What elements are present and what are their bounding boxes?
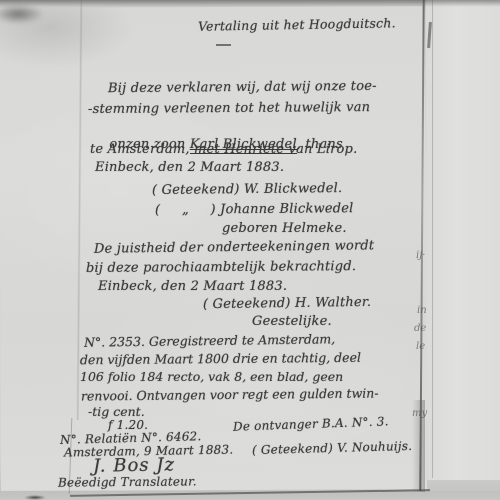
translator-title: Beëedigd Translateur. bbox=[58, 474, 197, 489]
signature-line: geboren Helmeke. bbox=[222, 221, 347, 236]
margin-fragment: in bbox=[417, 305, 427, 316]
signature-line: ( Geteekend) W. Blickwedel. bbox=[152, 181, 342, 198]
registration-line: -tig cent. bbox=[88, 404, 145, 419]
margin-fragment: ij· bbox=[416, 250, 425, 261]
bottom-left-smudge bbox=[24, 495, 46, 500]
title-underline-dash bbox=[216, 44, 231, 46]
signature-line: ( Geteekend) H. Walther. bbox=[203, 295, 371, 312]
registration-line: renvooi. Ontvangen voor regt een gulden … bbox=[81, 385, 379, 403]
signature-line: ( „ ) Johanne Blickwedel bbox=[155, 201, 354, 218]
translator-signature: J. Bos Jz bbox=[93, 454, 175, 476]
body-line: Bij deze verklaren wij, dat wij onze toe… bbox=[108, 79, 377, 96]
body-line: Einbeck, den 2 Maart 1883. bbox=[98, 279, 287, 294]
top-scan-edge bbox=[0, 0, 500, 7]
margin-fragment: le bbox=[416, 341, 425, 352]
top-left-smudge bbox=[0, 4, 44, 24]
registration-line: 106 folio 184 recto, vak 8, een blad, ge… bbox=[80, 369, 343, 384]
body-line: -stemming verleenen tot het huwelijk van bbox=[88, 100, 370, 117]
margin-fragment: de bbox=[414, 323, 426, 334]
body-line: bij deze parochiaambtelijk bekrachtigd. bbox=[86, 259, 356, 276]
secondary-fold-line bbox=[432, 0, 433, 478]
body-line: Einbeck, den 2 Maart 1883. bbox=[95, 160, 284, 175]
registration-line: den vijfden Maart 1800 drie en tachtig, … bbox=[80, 350, 361, 367]
body-line: te Amsterdam, met Henriete van Lirop. bbox=[90, 142, 357, 157]
scanned-document-page: Vertaling uit het Hoogduitsch. Bij deze … bbox=[0, 0, 500, 500]
right-paper-strip bbox=[426, 0, 500, 480]
margin-fragment: my bbox=[412, 408, 427, 419]
signature-line: Geestelijke. bbox=[252, 314, 332, 329]
